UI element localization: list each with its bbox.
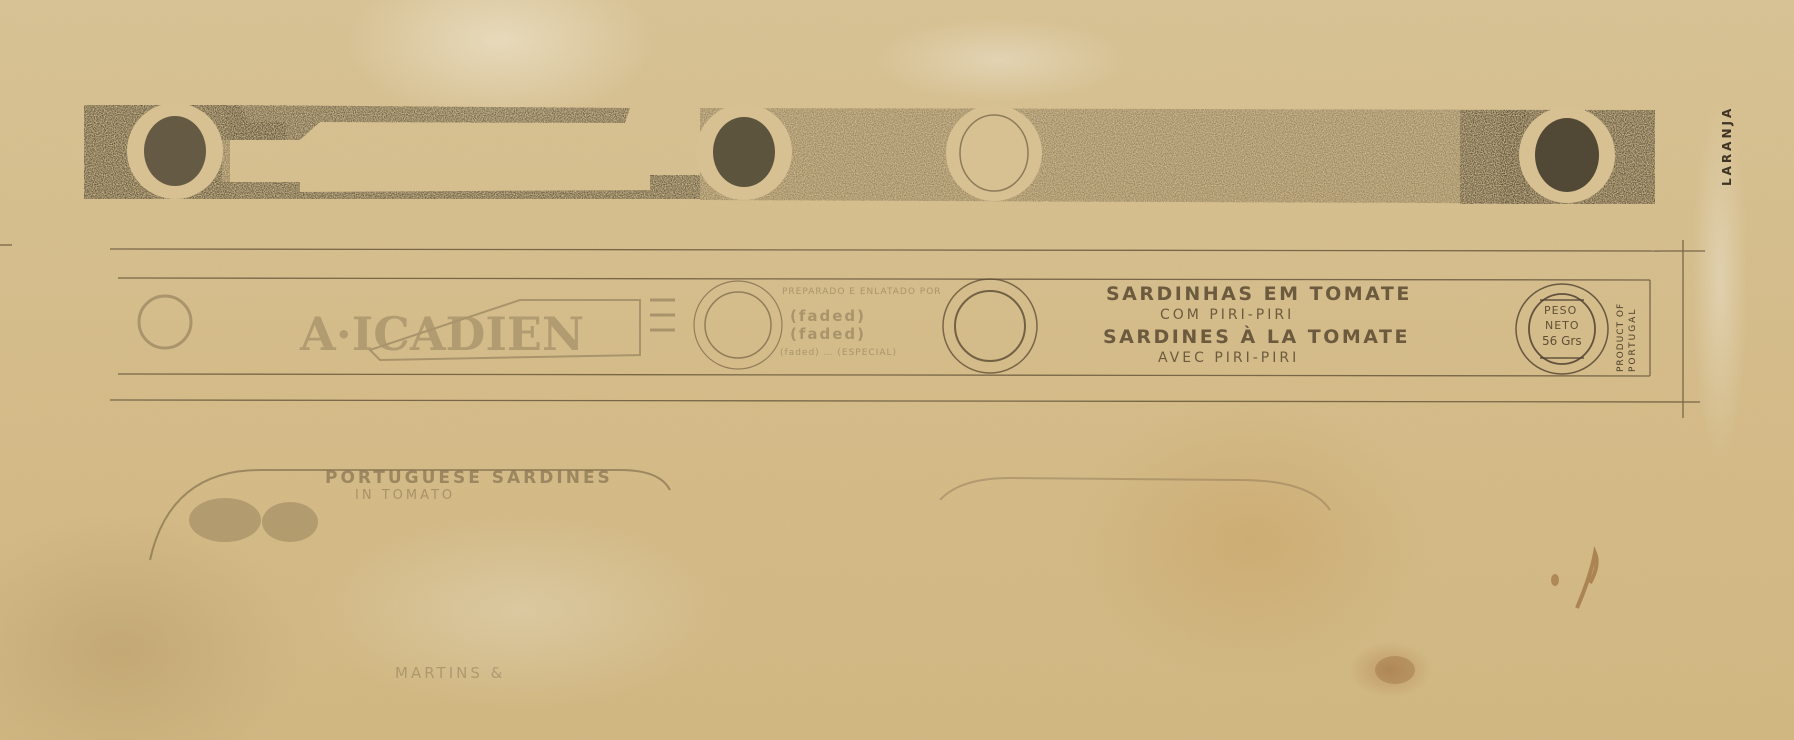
lower-title: PORTUGUESE SARDINES	[325, 468, 613, 488]
producer-name-line-2: (faded)	[790, 325, 866, 343]
label-artwork: A·ICADIEN	[0, 0, 1794, 740]
product-subline-pt: COM PIRI-PIRI	[1160, 307, 1294, 323]
lower-footer: MARTINS &	[395, 664, 505, 682]
origin-line-2: PORTUGAL	[1628, 308, 1638, 372]
lower-subtitle: IN TOMATO	[355, 488, 455, 503]
svg-text:A·ICADIEN: A·ICADIEN	[299, 307, 584, 361]
scanned-label-proof: A·ICADIEN	[0, 0, 1794, 740]
product-subline-fr: AVEC PIRI-PIRI	[1158, 350, 1299, 366]
producer-footer: (faded) … (ESPECIAL)	[780, 348, 897, 358]
product-line-fr: SARDINES À LA TOMATE	[1103, 326, 1410, 348]
producer-header: PREPARADO E ENLATADO POR	[782, 287, 942, 297]
weight-label-neto: NETO	[1545, 319, 1580, 332]
weight-label-peso: PESO	[1544, 304, 1577, 317]
producer-name-line-1: (faded)	[790, 307, 866, 325]
weight-value: 56 Grs	[1542, 334, 1582, 348]
color-note: LARANJA	[1720, 106, 1734, 186]
origin-line-1: PRODUCT OF	[1616, 303, 1626, 372]
product-line-pt: SARDINHAS EM TOMATE	[1106, 283, 1412, 305]
